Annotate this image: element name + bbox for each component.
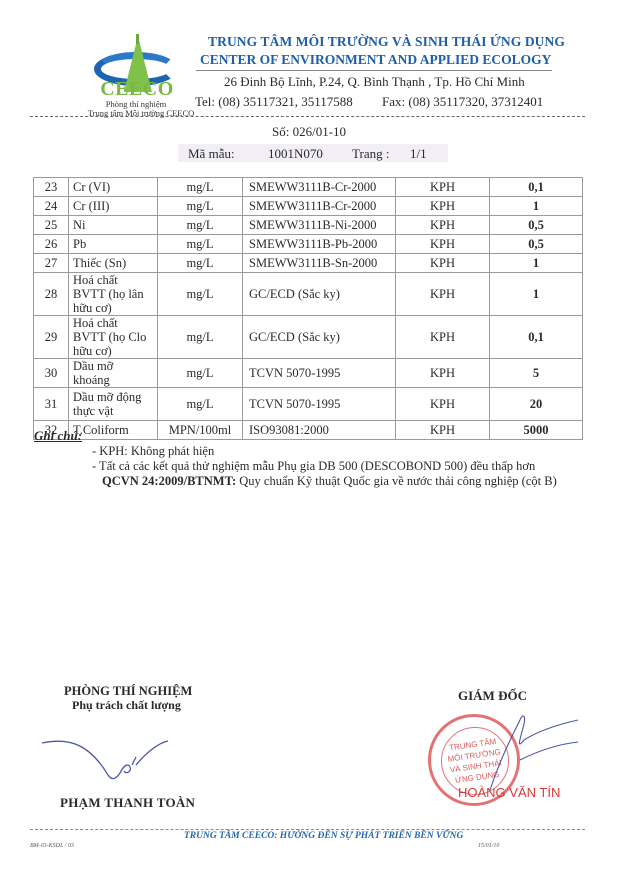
org-telephone: Tel: (08) 35117321, 35117588 [195,94,353,110]
table-row: 28Hoá chất BVTT (họ lân hữu cơ)mg/LGC/EC… [34,273,583,316]
limit-value-cell: 5 [490,359,583,388]
test-method-cell: ISO93081:2000 [243,421,396,440]
test-method-cell: SMEWW3111B-Sn-2000 [243,254,396,273]
test-method-cell: GC/ECD (Sắc ky) [243,273,396,316]
test-method-cell: SMEWW3111B-Cr-2000 [243,197,396,216]
result-cell: KPH [396,235,490,254]
header-dashed-divider [30,116,585,117]
note-standard-code: QCVN 24:2009/BTNMT: [102,474,236,488]
parameter-name-cell: Cr (VI) [69,178,158,197]
limit-value-cell: 0,1 [490,178,583,197]
result-cell: KPH [396,197,490,216]
result-cell: KPH [396,388,490,421]
limit-value-cell: 5000 [490,421,583,440]
limit-value-cell: 20 [490,388,583,421]
sample-code-label: Mã mẫu: [188,146,235,162]
lab-department: PHÒNG THÍ NGHIỆM [64,684,192,699]
result-cell: KPH [396,216,490,235]
footer-motto: TRUNG TÂM CEECO: HƯỚNG ĐẾN SỰ PHÁT TRIỂN… [184,831,463,841]
signature-left-icon [40,735,170,785]
test-method-cell: GC/ECD (Sắc ky) [243,316,396,359]
result-cell: KPH [396,421,490,440]
limit-value-cell: 1 [490,273,583,316]
table-row: 30Dầu mỡ khoángmg/LTCVN 5070-1995KPH5 [34,359,583,388]
row-number-cell: 30 [34,359,69,388]
row-number-cell: 26 [34,235,69,254]
page-label: Trang : [352,146,389,162]
note-line-2: - Tất cả các kết quả thử nghiệm mẫu Phụ … [92,459,535,474]
test-method-cell: SMEWW3111B-Cr-2000 [243,178,396,197]
limit-value-cell: 0,5 [490,235,583,254]
result-cell: KPH [396,273,490,316]
result-cell: KPH [396,316,490,359]
limit-value-cell: 0,1 [490,316,583,359]
row-number-cell: 27 [34,254,69,273]
result-cell: KPH [396,178,490,197]
row-number-cell: 24 [34,197,69,216]
parameter-name-cell: Hoá chất BVTT (họ lân hữu cơ) [69,273,158,316]
table-row: 26Pbmg/LSMEWW3111B-Pb-2000KPH0,5 [34,235,583,254]
logo-name: CEECO [92,78,182,101]
unit-cell: mg/L [158,178,243,197]
parameter-name-cell: Dầu mỡ khoáng [69,359,158,388]
org-address: 26 Đinh Bộ Lĩnh, P.24, Q. Bình Thạnh , T… [224,74,525,90]
unit-cell: mg/L [158,273,243,316]
footer-dashed-divider [30,829,585,830]
row-number-cell: 29 [34,316,69,359]
lab-signer-name: PHẠM THANH TOÀN [60,795,195,811]
row-number-cell: 25 [34,216,69,235]
table-row: 25Nimg/LSMEWW3111B-Ni-2000KPH0,5 [34,216,583,235]
limit-value-cell: 0,5 [490,216,583,235]
org-fax: Fax: (08) 35117320, 37312401 [382,94,543,110]
logo-tree-tip-icon [136,34,139,44]
note-line-1: - KPH: Không phát hiện [92,444,214,459]
parameter-name-cell: Thiếc (Sn) [69,254,158,273]
lab-role: Phụ trách chất lượng [72,698,181,713]
limit-value-cell: 1 [490,254,583,273]
table-row: 29Hoá chất BVTT (họ Clo hữu cơ)mg/LGC/EC… [34,316,583,359]
parameter-name-cell: Cr (III) [69,197,158,216]
unit-cell: mg/L [158,254,243,273]
unit-cell: mg/L [158,197,243,216]
parameter-name-cell: Ni [69,216,158,235]
table-row: 32T.ColiformMPN/100mlISO93081:2000KPH500… [34,421,583,440]
test-method-cell: TCVN 5070-1995 [243,388,396,421]
test-method-cell: SMEWW3111B-Pb-2000 [243,235,396,254]
ceeco-logo: CEECO Phòng thí nghiệm Trung tâm Môi trư… [76,34,196,114]
sample-code-value: 1001N070 [268,146,323,162]
result-cell: KPH [396,254,490,273]
unit-cell: mg/L [158,359,243,388]
row-number-cell: 23 [34,178,69,197]
footer-date: 15/01/10 [478,843,499,849]
page-value: 1/1 [410,146,427,162]
results-table: 23Cr (VI)mg/LSMEWW3111B-Cr-2000KPH0,124C… [33,177,583,440]
table-row: 23Cr (VI)mg/LSMEWW3111B-Cr-2000KPH0,1 [34,178,583,197]
unit-cell: MPN/100ml [158,421,243,440]
form-code: BM-03-KSDL / 03 [30,843,74,849]
header-divider [196,70,552,71]
org-name-vietnamese: TRUNG TÂM MÔI TRƯỜNG VÀ SINH THÁI ỨNG DỤ… [208,34,565,50]
note-line-3: QCVN 24:2009/BTNMT: Quy chuẩn Kỹ thuật Q… [102,474,557,489]
parameter-name-cell: Hoá chất BVTT (họ Clo hữu cơ) [69,316,158,359]
parameter-name-cell: Pb [69,235,158,254]
row-number-cell: 28 [34,273,69,316]
result-cell: KPH [396,359,490,388]
director-name: HOÀNG VĂN TÍN [458,785,560,800]
note-standard-desc: Quy chuẩn Kỹ thuật Quốc gia về nước thải… [236,474,557,488]
row-number-cell: 31 [34,388,69,421]
test-method-cell: SMEWW3111B-Ni-2000 [243,216,396,235]
table-row: 24Cr (III)mg/LSMEWW3111B-Cr-2000KPH1 [34,197,583,216]
test-method-cell: TCVN 5070-1995 [243,359,396,388]
parameter-name-cell: Dầu mỡ động thực vật [69,388,158,421]
unit-cell: mg/L [158,388,243,421]
limit-value-cell: 1 [490,197,583,216]
notes-heading: Ghi chú: [34,428,82,444]
table-row: 27Thiếc (Sn)mg/LSMEWW3111B-Sn-2000KPH1 [34,254,583,273]
document-number: Số: 026/01-10 [272,124,346,140]
unit-cell: mg/L [158,316,243,359]
unit-cell: mg/L [158,216,243,235]
unit-cell: mg/L [158,235,243,254]
org-name-english: CENTER OF ENVIRONMENT AND APPLIED ECOLOG… [200,52,551,68]
table-row: 31Dầu mỡ động thực vậtmg/LTCVN 5070-1995… [34,388,583,421]
